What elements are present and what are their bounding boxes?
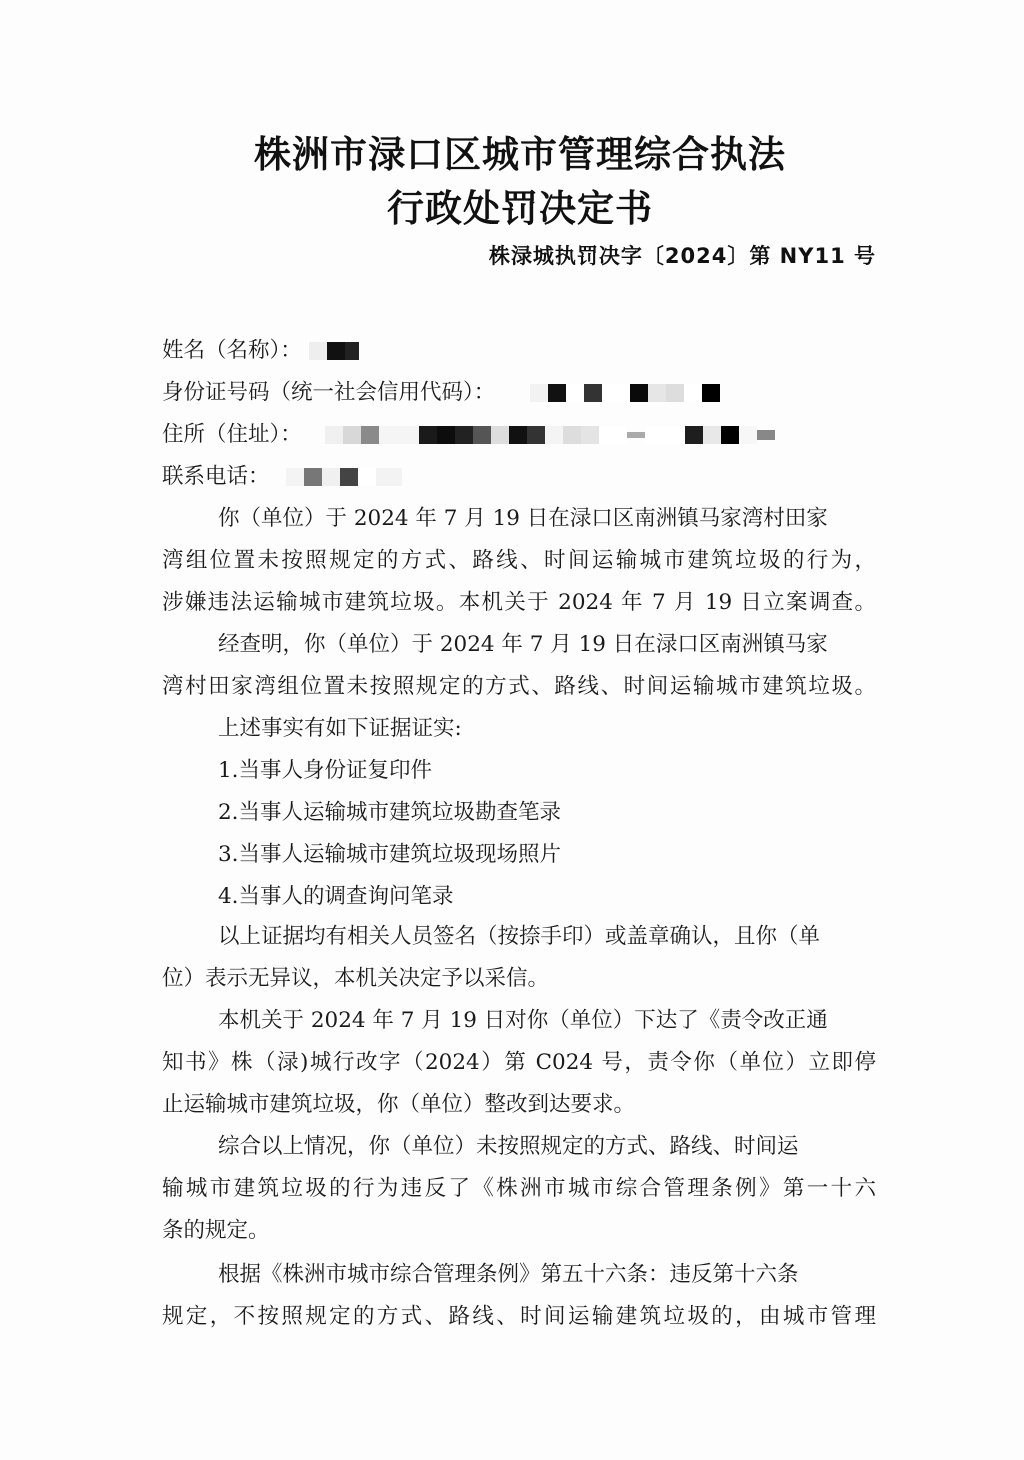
address-redacted bbox=[325, 414, 775, 456]
paragraph-line: 本机关于 2024 年 7 月 19 日对你（单位）下达了《责令改正通 bbox=[218, 1000, 828, 1042]
paragraph-line: 条的规定。 bbox=[162, 1210, 270, 1252]
phone-field: 联系电话： bbox=[162, 456, 402, 498]
evidence-heading: 上述事实有如下证据证实: bbox=[218, 708, 462, 750]
evidence-item: 4.当事人的调查询问笔录 bbox=[218, 876, 454, 918]
paragraph-line: 湾组位置未按照规定的方式、路线、时间运输城市建筑垃圾的行为， bbox=[162, 540, 876, 582]
paragraph-line: 涉嫌违法运输城市建筑垃圾。本机关于 2024 年 7 月 19 日立案调查。 bbox=[162, 582, 876, 624]
name-field: 姓名（名称）： bbox=[162, 330, 359, 372]
document-title-line2: 行政处罚决定书 bbox=[0, 178, 1024, 232]
evidence-item: 3.当事人运输城市建筑垃圾现场照片 bbox=[218, 834, 561, 876]
name-label: 姓名（名称）： bbox=[162, 338, 302, 363]
paragraph-line: 知书》株（渌)城行改字（2024）第 C024 号，责令你（单位）立即停 bbox=[162, 1042, 876, 1084]
paragraph-line: 根据《株洲市城市综合管理条例》第五十六条：违反第十六条 bbox=[218, 1254, 799, 1296]
document-number: 株渌城执罚决字〔2024〕第 NY11 号 bbox=[489, 240, 876, 270]
id-label: 身份证号码（统一社会信用代码）： bbox=[162, 380, 495, 405]
id-redacted bbox=[530, 372, 720, 414]
document-page: 株洲市渌口区城市管理综合执法 行政处罚决定书 株渌城执罚决字〔2024〕第 NY… bbox=[0, 0, 1024, 1460]
name-redacted bbox=[309, 330, 359, 372]
paragraph-line: 经查明，你（单位）于 2024 年 7 月 19 日在渌口区南洲镇马家 bbox=[218, 624, 828, 666]
document-title-line1: 株洲市渌口区城市管理综合执法 bbox=[0, 124, 1024, 178]
evidence-item: 1.当事人身份证复印件 bbox=[218, 750, 432, 792]
paragraph-line: 止运输城市建筑垃圾，你（单位）整改到达要求。 bbox=[162, 1084, 635, 1126]
paragraph-line: 位）表示无异议，本机关决定予以采信。 bbox=[162, 958, 549, 1000]
paragraph-line: 综合以上情况，你（单位）未按照规定的方式、路线、时间运 bbox=[218, 1126, 799, 1168]
id-field: 身份证号码（统一社会信用代码）： bbox=[162, 372, 720, 414]
paragraph-line: 规定，不按照规定的方式、路线、时间运输建筑垃圾的，由城市管理 bbox=[162, 1296, 876, 1338]
phone-redacted bbox=[286, 456, 402, 498]
paragraph-line: 输城市建筑垃圾的行为违反了《株洲市城市综合管理条例》第一十六 bbox=[162, 1168, 876, 1210]
paragraph-line: 你（单位）于 2024 年 7 月 19 日在渌口区南洲镇马家湾村田家 bbox=[218, 498, 828, 540]
address-field: 住所（住址）： bbox=[162, 414, 775, 456]
address-label: 住所（住址）： bbox=[162, 422, 302, 447]
paragraph-line: 以上证据均有相关人员签名（按捺手印）或盖章确认，且你（单 bbox=[218, 916, 820, 958]
paragraph-line: 湾村田家湾组位置未按照规定的方式、路线、时间运输城市建筑垃圾。 bbox=[162, 666, 876, 708]
phone-label: 联系电话： bbox=[162, 464, 270, 489]
evidence-item: 2.当事人运输城市建筑垃圾勘查笔录 bbox=[218, 792, 561, 834]
